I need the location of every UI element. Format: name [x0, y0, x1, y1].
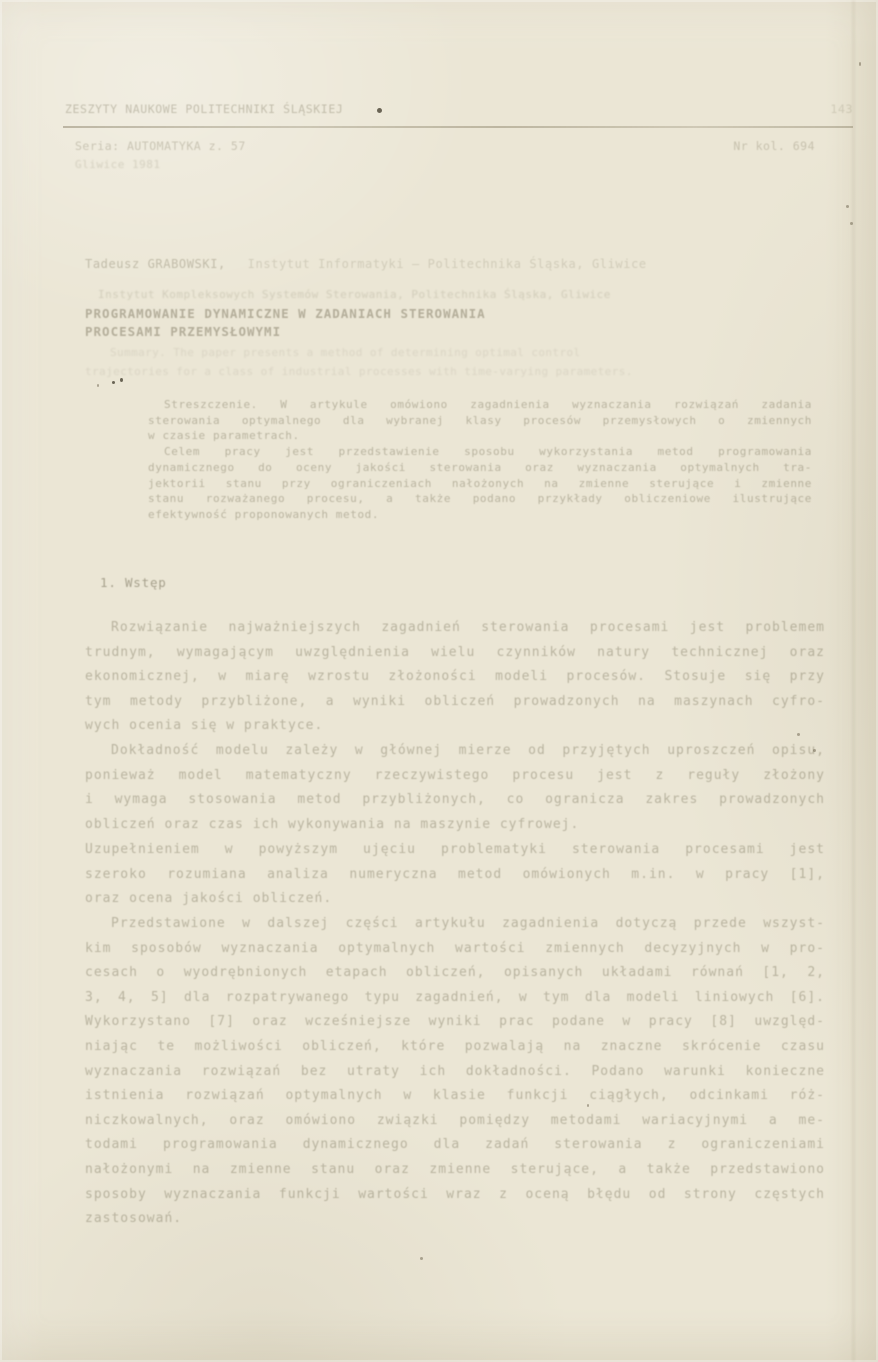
paper-title-line2: PROCESAMI PRZEMYSŁOWYMI — [85, 324, 281, 339]
page-number: 143 — [830, 102, 853, 116]
author-line: Tadeusz GRABOWSKI, Instytut Informatyki … — [85, 257, 825, 271]
affiliation-line: Instytut Kompleksowych Systemów Sterowan… — [98, 288, 818, 301]
scanned-paper-page: ZESZYTY NAUKOWE POLITECHNIKI ŚLĄSKIEJ 14… — [0, 0, 878, 1362]
ink-speck — [846, 205, 849, 208]
abstract-line: stanu rozważanego procesu, a także podan… — [148, 491, 812, 507]
ink-speck — [587, 1104, 589, 1107]
body-line: trudnym, wymagającym uwzględnienia wielu… — [85, 641, 825, 666]
series-label: Seria: AUTOMATYKA z. 57 — [75, 139, 246, 153]
author-affiliation-inline: Instytut Informatyki — Politechnika Śląs… — [248, 257, 647, 271]
body-line: nałożonymi na zmienne stanu oraz zmienne… — [85, 1158, 825, 1183]
body-line: wyznaczania rozwiązań bez utraty ich dok… — [85, 1060, 825, 1085]
body-line: oraz ocena jakości obliczeń. — [85, 887, 825, 912]
body-paragraph: Przedstawione w dalszej części artykułu … — [85, 912, 825, 1232]
abstract-line: jektorii stanu przy ograniczeniach nałoż… — [148, 476, 812, 492]
author-name: Tadeusz GRABOWSKI, — [85, 257, 226, 271]
ink-speck — [120, 378, 123, 382]
body-line: niając te możliwości obliczeń, które poz… — [85, 1035, 825, 1060]
running-head: ZESZYTY NAUKOWE POLITECHNIKI ŚLĄSKIEJ 14… — [65, 102, 853, 116]
abstract-line: efektywność proponowanych metod. — [148, 507, 812, 523]
body-line: ekonomicznej, w miarę wzrostu złożoności… — [85, 665, 825, 690]
body-line: cesach o wyodrębnionych etapach obliczeń… — [85, 961, 825, 986]
body-line: i wymaga stosowania metod przybliżonych,… — [85, 788, 825, 813]
ink-speck — [377, 108, 382, 113]
body-line: Przedstawione w dalszej części artykułu … — [85, 912, 825, 937]
issue-number: Nr kol. 694 — [733, 139, 815, 153]
body-line: istnienia rozwiązań optymalnych w klasie… — [85, 1084, 825, 1109]
scan-edge-streak — [852, 0, 855, 1362]
body-line: wych ocenia się w praktyce. — [85, 714, 825, 739]
body-line: zastosowań. — [85, 1207, 825, 1232]
abstract-line: Celem pracy jest przedstawienie sposobu … — [148, 444, 812, 460]
abstract-line: sterowania optymalnego dla wybranej klas… — [148, 413, 812, 429]
body-line: kim sposobów wyznaczania optymalnych war… — [85, 937, 825, 962]
header-rule — [63, 126, 853, 128]
body-line: obliczeń oraz czas ich wykonywania na ma… — [85, 813, 825, 838]
body-paragraph: Uzupełnieniem w powyższym ujęciu problem… — [85, 838, 825, 912]
body-line: 3, 4, 5] dla rozpatrywanego typu zagadni… — [85, 986, 825, 1011]
ink-speck — [859, 62, 861, 66]
abstract-block: Streszczenie. W artykule omówiono zagadn… — [148, 397, 812, 523]
body-line: sposoby wyznaczania funkcji wartości wra… — [85, 1183, 825, 1208]
body-line: todami programowania dynamicznego dla za… — [85, 1133, 825, 1158]
abstract-line: Streszczenie. W artykule omówiono zagadn… — [148, 397, 812, 413]
ink-speck — [850, 222, 853, 225]
place-year: Gliwice 1981 — [75, 158, 160, 171]
ghost-text-line: Summary. The paper presents a method of … — [110, 346, 810, 359]
ink-speck — [813, 749, 816, 752]
abstract-line: w czasie parametrach. — [148, 428, 812, 444]
body-line: Dokładność modelu zależy w głównej mierz… — [85, 739, 825, 764]
body-line: szeroko rozumiana analiza numeryczna met… — [85, 863, 825, 888]
series-row: Seria: AUTOMATYKA z. 57 Nr kol. 694 — [75, 139, 815, 153]
body-line: Rozwiązanie najważniejszych zagadnień st… — [85, 616, 825, 641]
ink-speck — [112, 381, 115, 384]
section-heading: 1. Wstęp — [100, 575, 167, 590]
body-line: niczkowalnych, oraz omówiono związki pom… — [85, 1109, 825, 1134]
abstract-line: dynamicznego do oceny jakości sterowania… — [148, 460, 812, 476]
journal-title: ZESZYTY NAUKOWE POLITECHNIKI ŚLĄSKIEJ — [65, 102, 343, 116]
body-line: ponieważ model matematyczny rzeczywisteg… — [85, 764, 825, 789]
body-line: Uzupełnieniem w powyższym ujęciu problem… — [85, 838, 825, 863]
paper-title-line1: PROGRAMOWANIE DYNAMICZNE W ZADANIACH STE… — [85, 306, 486, 321]
ghost-text-line: trajectories for a class of industrial p… — [85, 365, 825, 378]
body-line: tym metody przybliżone, a wyniki oblicze… — [85, 690, 825, 715]
body-paragraph: Dokładność modelu zależy w głównej mierz… — [85, 739, 825, 837]
ink-speck — [420, 1257, 423, 1260]
ink-speck — [97, 384, 99, 387]
body-line: Wykorzystano [7] oraz wcześniejsze wynik… — [85, 1010, 825, 1035]
body-paragraph: Rozwiązanie najważniejszych zagadnień st… — [85, 616, 825, 739]
ink-speck — [797, 733, 800, 736]
